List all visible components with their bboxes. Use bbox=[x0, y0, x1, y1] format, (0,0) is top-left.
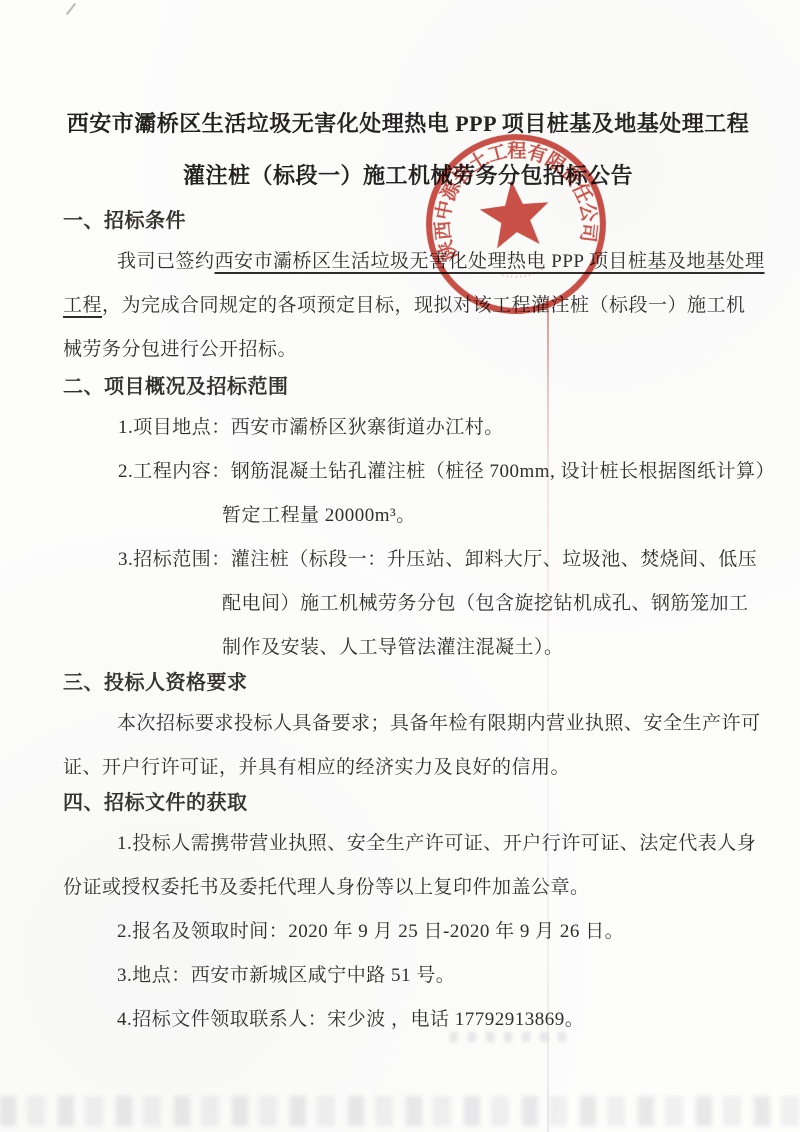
bleed-through-artifact bbox=[0, 1096, 800, 1126]
text-segment: ，为完成合同规定的各项预定目标，现拟对该工程灌注桩（标段一）施工机 bbox=[102, 295, 746, 316]
text-line: 本次招标要求投标人具备要求；具备年检有限期内营业执照、安全生产许可 bbox=[63, 702, 753, 746]
text-line: 2.工程内容：钢筋混凝土钻孔灌注桩（桩径 700mm, 设计桩长根据图纸计算） bbox=[222, 450, 753, 494]
star-icon bbox=[477, 177, 553, 250]
text-segment: 4.招标文件领取联系人：宋少波 ，电话 17792913869。 bbox=[117, 1009, 584, 1030]
seal-serial-marks: ·········· bbox=[499, 264, 548, 283]
text-line: 证、开户行许可证，并具有相应的经济实力及良好的信用。 bbox=[63, 746, 753, 790]
company-seal: 陕西中源岩土工程有限责任公司 ·········· bbox=[412, 119, 619, 330]
text-line: 2.报名及领取时间：2020 年 9 月 25 日-2020 年 9 月 26 … bbox=[63, 910, 753, 954]
text-segment: 本次招标要求投标人具备要求；具备年检有限期内营业执照、安全生产许可 bbox=[117, 713, 761, 734]
document-title-line-2: 灌注桩（标段一）施工机械劳务分包招标公告 bbox=[63, 150, 753, 202]
text-segment: 1.项目地点：西安市灞桥区狄寨街道办江村。 bbox=[118, 417, 504, 438]
document-body: 西安市灞桥区生活垃圾无害化处理热电 PPP 项目桩基及地基处理工程 灌注桩（标段… bbox=[63, 98, 753, 1042]
bleed-through-mark bbox=[450, 1032, 570, 1042]
text-segment: 3.招标范围：灌注桩（标段一：升压站、卸料大厅、垃圾池、焚烧间、低压 bbox=[118, 549, 757, 570]
text-line: 我司已签约西安市灞桥区生活垃圾无害化处理热电 PPP 项目桩基及地基处理 bbox=[63, 240, 753, 284]
text-line: 3.招标范围：灌注桩（标段一：升压站、卸料大厅、垃圾池、焚烧间、低压 bbox=[222, 538, 753, 582]
text-segment: 暂定工程量 20000m³。 bbox=[222, 505, 416, 526]
text-segment: 械劳务分包进行公开招标。 bbox=[63, 339, 297, 360]
text-line: 械劳务分包进行公开招标。 bbox=[63, 328, 753, 372]
text-line: 工程，为完成合同规定的各项预定目标，现拟对该工程灌注桩（标段一）施工机 bbox=[63, 284, 753, 328]
text-line: 配电间）施工机械劳务分包（包含旋挖钻机成孔、钢筋笼加工 bbox=[222, 582, 753, 626]
section-heading-3: 三、投标人资格要求 bbox=[63, 670, 753, 696]
text-segment: 3.地点：西安市新城区咸宁中路 51 号。 bbox=[117, 965, 455, 986]
scanned-document-page: 西安市灞桥区生活垃圾无害化处理热电 PPP 项目桩基及地基处理工程 灌注桩（标段… bbox=[0, 0, 800, 1132]
text-segment: 我司已签约 bbox=[117, 251, 215, 272]
text-segment: 份证或授权委托书及委托代理人身份等以上复印件加盖公章。 bbox=[63, 877, 590, 898]
text-segment: 制作及安装、人工导管法灌注混凝土）。 bbox=[222, 637, 564, 658]
text-segment: 配电间）施工机械劳务分包（包含旋挖钻机成孔、钢筋笼加工 bbox=[222, 593, 749, 614]
underlined-text: 工程 bbox=[63, 295, 102, 316]
text-line: 4.招标文件领取联系人：宋少波 ，电话 17792913869。 bbox=[63, 998, 753, 1042]
text-line: 份证或授权委托书及委托代理人身份等以上复印件加盖公章。 bbox=[63, 866, 753, 910]
text-line: 1.项目地点：西安市灞桥区狄寨街道办江村。 bbox=[222, 406, 753, 450]
text-line: 3.地点：西安市新城区咸宁中路 51 号。 bbox=[63, 954, 753, 998]
text-line: 暂定工程量 20000m³。 bbox=[222, 494, 753, 538]
section-heading-2: 二、项目概况及招标范围 bbox=[63, 374, 753, 400]
section-heading-1: 一、招标条件 bbox=[63, 208, 753, 234]
document-title-line-1: 西安市灞桥区生活垃圾无害化处理热电 PPP 项目桩基及地基处理工程 bbox=[63, 98, 753, 150]
text-segment: 2.工程内容：钢筋混凝土钻孔灌注桩（桩径 700mm, 设计桩长根据图纸计算） bbox=[118, 461, 775, 482]
scan-artifact-corner bbox=[66, 3, 76, 15]
text-line: 制作及安装、人工导管法灌注混凝土）。 bbox=[222, 626, 753, 670]
text-segment: 证、开户行许可证，并具有相应的经济实力及良好的信用。 bbox=[63, 757, 570, 778]
text-line: 1.投标人需携带营业执照、安全生产许可证、开户行许可证、法定代表人身 bbox=[63, 822, 753, 866]
text-segment: 1.投标人需携带营业执照、安全生产许可证、开户行许可证、法定代表人身 bbox=[117, 833, 756, 854]
svg-text:··········: ·········· bbox=[499, 264, 548, 283]
ink-line-artifact bbox=[547, 298, 549, 1132]
section-heading-4: 四、招标文件的获取 bbox=[63, 790, 753, 816]
